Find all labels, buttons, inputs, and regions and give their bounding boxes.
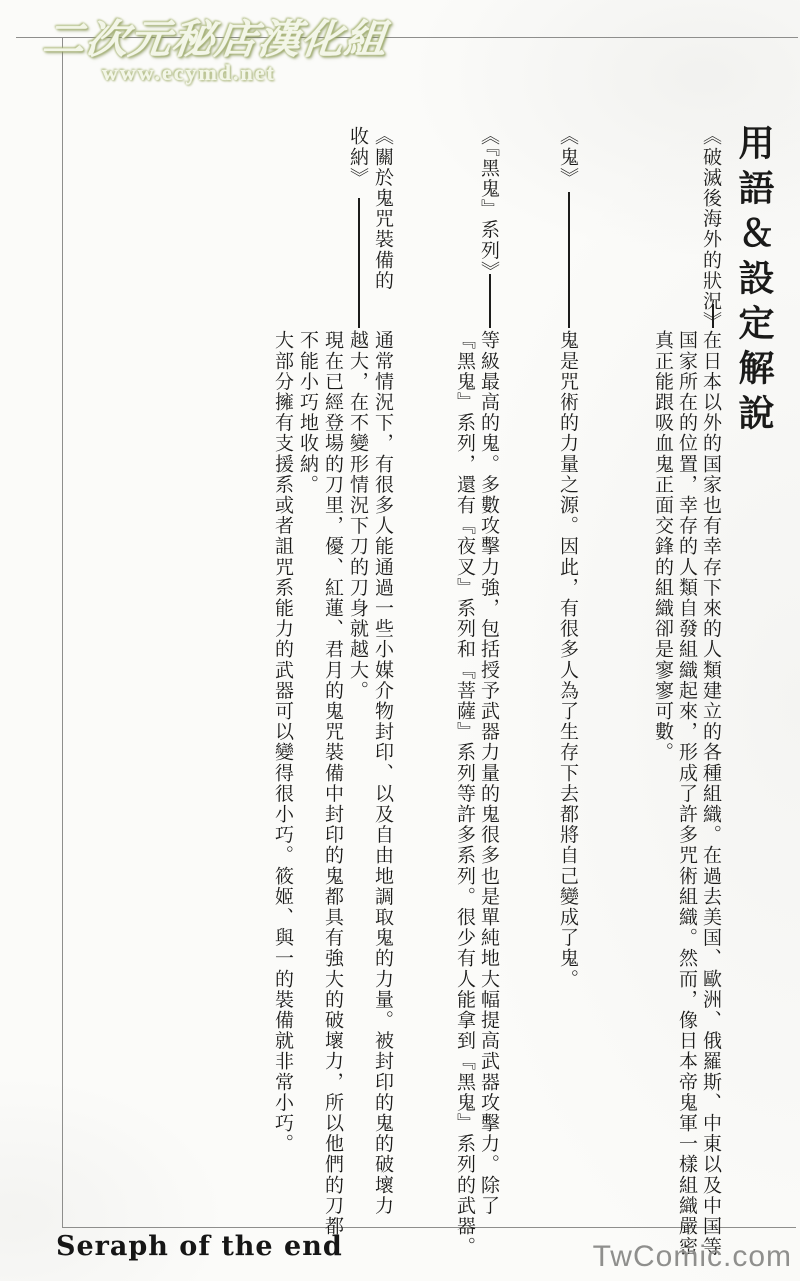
left-border-line	[62, 37, 63, 1227]
entry-3-heading: 《『黑鬼』系列》	[478, 126, 502, 281]
entry-2-heading: 《鬼》	[557, 126, 581, 188]
entry-1-heading: 《破滅後海外的狀況》	[700, 126, 724, 332]
entry-1-column-1: 在日本以外的国家也有幸存下來的人類建立的各種組織。在過去美国、歐洲、俄羅斯、中東…	[700, 330, 724, 1257]
entry-4-column-1: 通常情況下，有很多人能通過一些小媒介物封印、以及自由地調取鬼的力量。被封印的鬼的…	[372, 330, 396, 1216]
entry-3-column-1: 等級最高的鬼。多數攻擊力強，包括授予武器力量的鬼很多也是單純地大幅提高武器攻擊力…	[478, 330, 502, 1216]
entry-4-heading-line-2: 收納》	[347, 126, 371, 188]
entry-1-column-2: 国家所在的位置，幸存的人類自發組織起來，形成了許多咒術組織。然而，像日本帝鬼軍一…	[676, 330, 700, 1257]
page-title: 用語＆設定解說	[729, 124, 780, 439]
entry-4-column-3: 現在已經登場的刀里，優、紅蓮、君月的鬼咒裝備中封印的鬼都具有強大的破壞力，所以他…	[322, 330, 346, 1236]
scanlation-url: www.ecymd.net	[102, 60, 276, 86]
entry-4-column-5: 大部分擁有支援系或者詛咒系能力的武器可以變得很小巧。筱姬、與一的裝備就非常小巧。	[272, 330, 296, 1154]
series-title-logo: Seraph of the end	[56, 1231, 343, 1262]
entry-2-column-1: 鬼是咒術的力量之源。因此，有很多人為了生存下去都將自己變成了鬼。	[557, 330, 581, 989]
entry-1-column-3: 真正能跟吸血鬼正面交鋒的組織卻是寥寥可數。	[652, 330, 676, 763]
watermark-text: TwComic.com	[593, 1240, 792, 1274]
manga-page: 二次元秘店漢化組 www.ecymd.net 用語＆設定解說 《破滅後海外的狀況…	[0, 0, 800, 1281]
entry-3-column-2: 『黑鬼』系列，還有『夜叉』系列和『菩薩』系列等許多系列。很少有人能拿到『黑鬼』系…	[454, 330, 478, 1257]
entry-4-dash	[358, 198, 360, 328]
entry-4-heading-line-1: 《關於鬼咒裝備的	[372, 126, 396, 291]
entry-3-dash	[489, 274, 491, 328]
scanlation-logo: 二次元秘店漢化組	[40, 8, 390, 65]
entry-1-dash	[712, 304, 714, 328]
entry-4-column-2: 越大，在不變形情況下刀的刀身就越大。	[347, 330, 371, 701]
entry-4-column-4: 不能小巧地收納。	[297, 330, 321, 495]
entry-2-dash	[568, 192, 570, 328]
